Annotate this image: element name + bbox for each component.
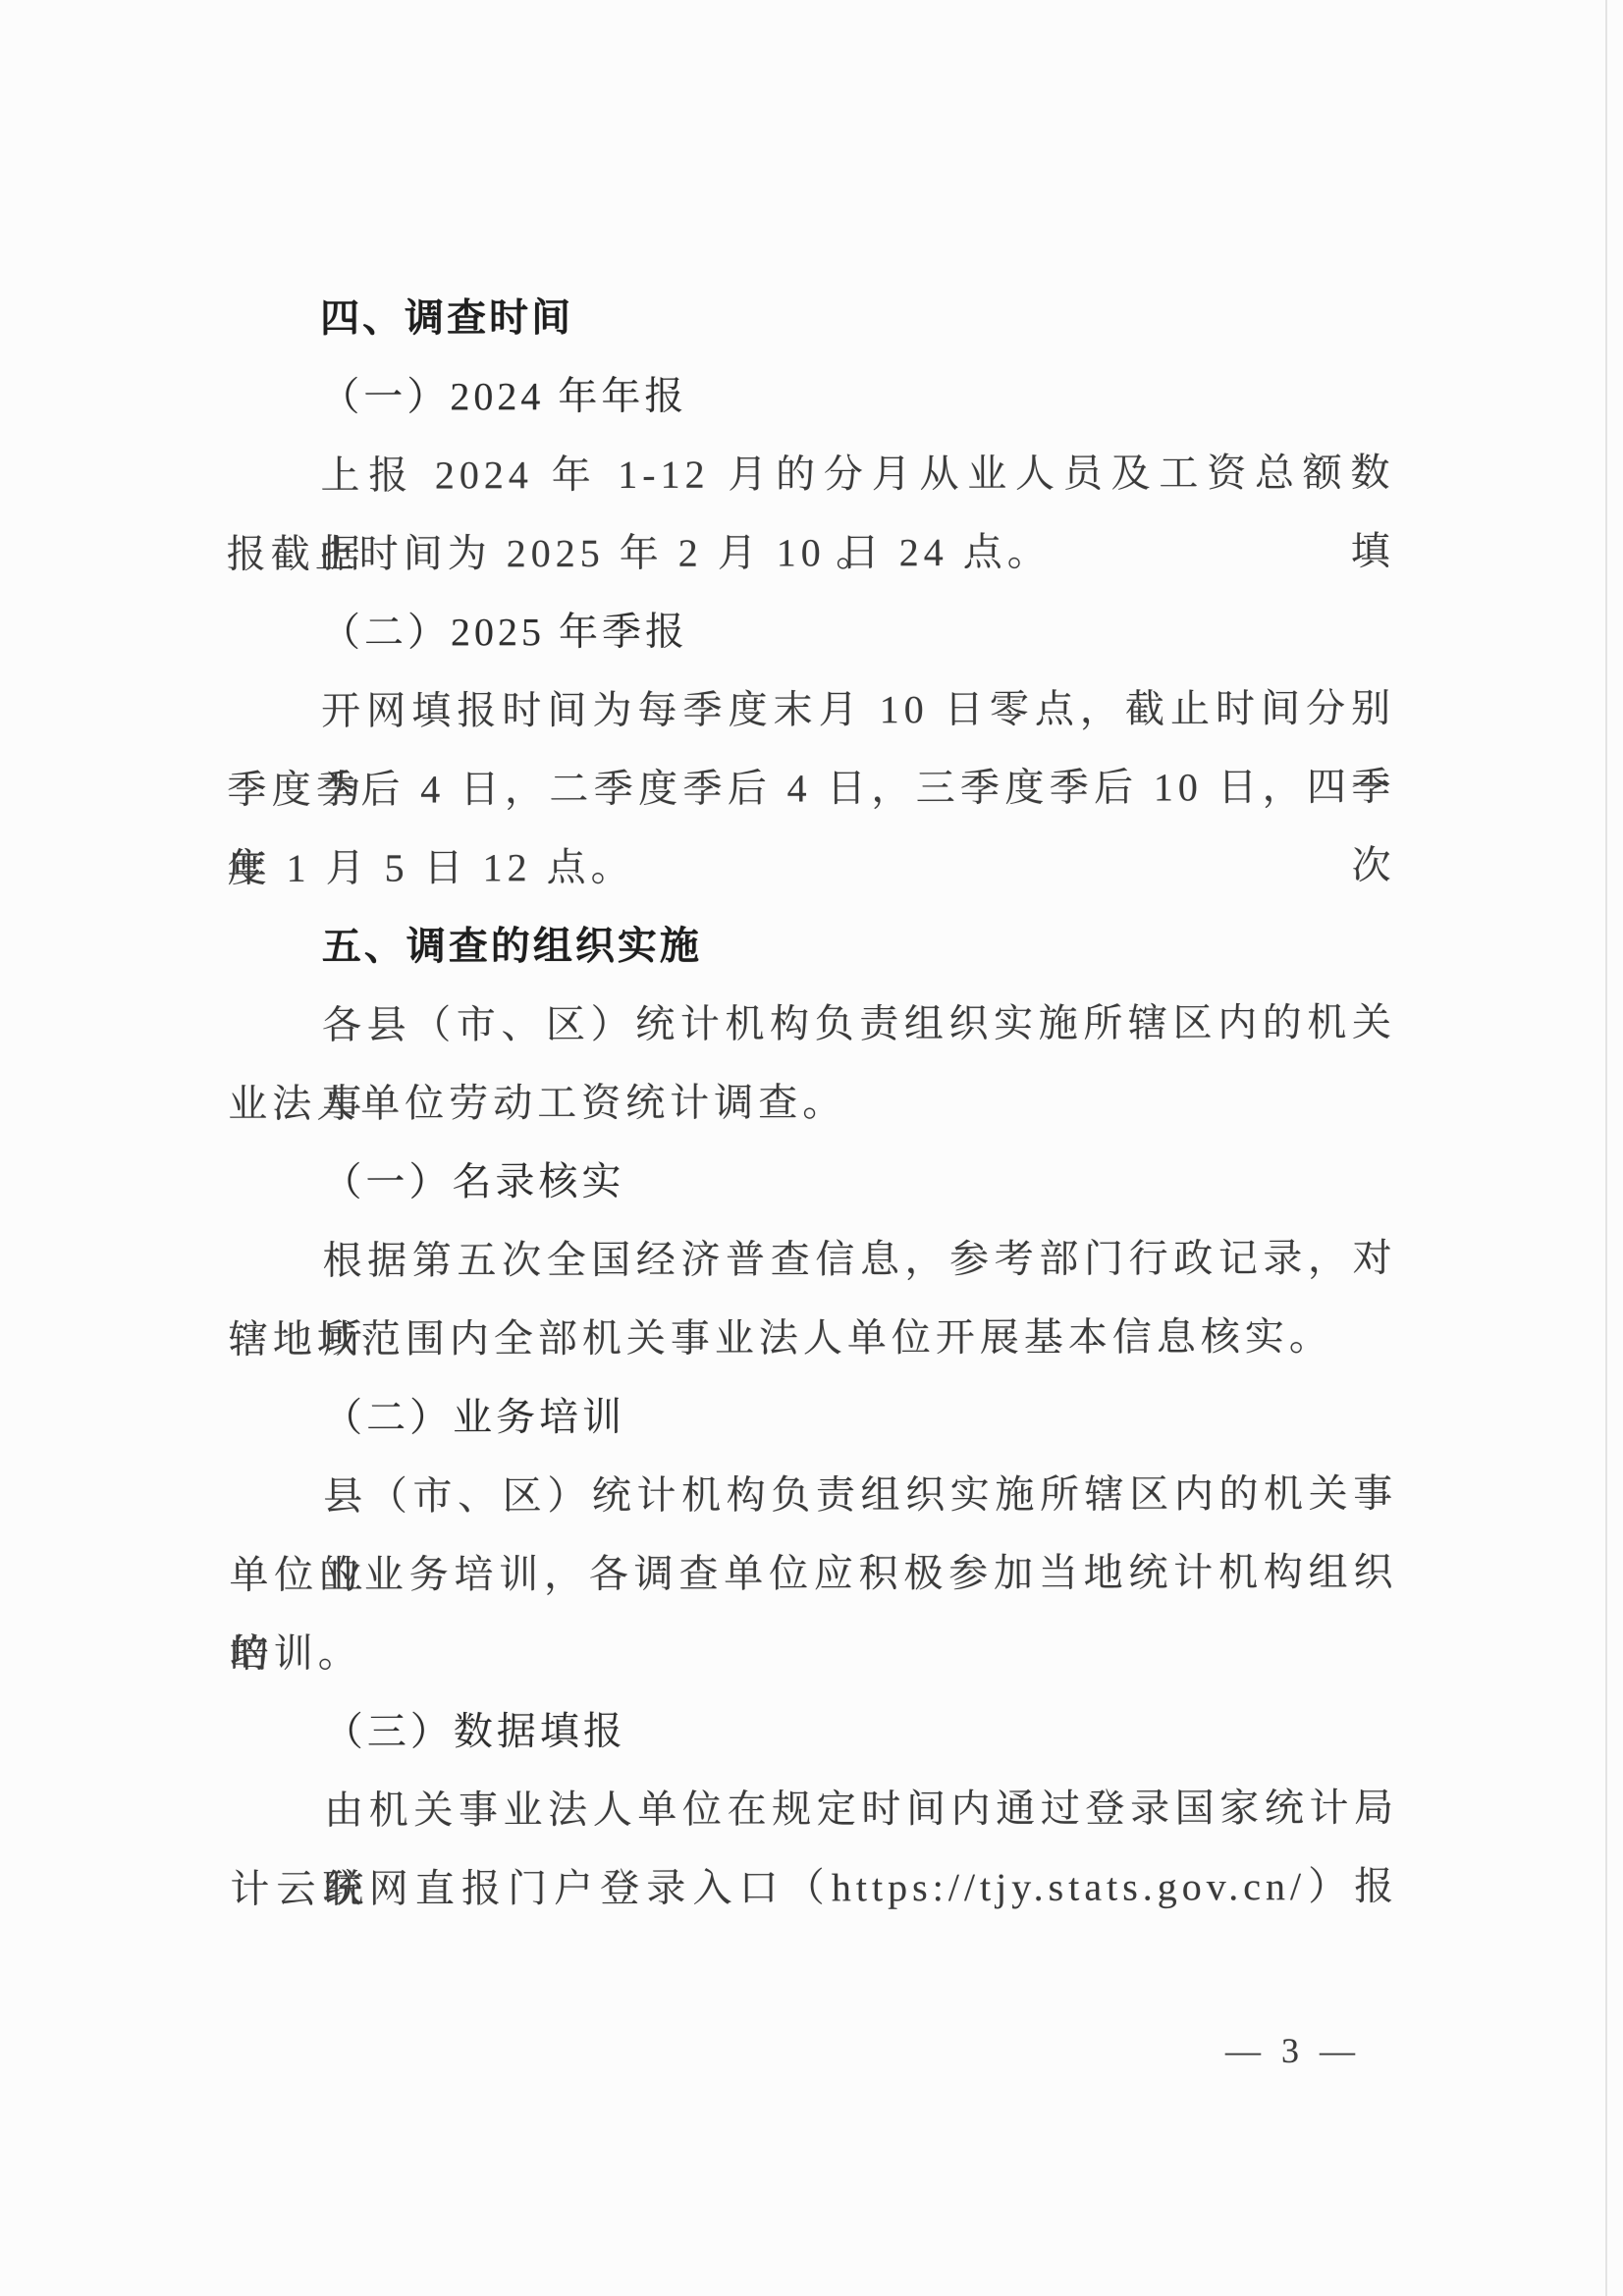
paragraph-line: 开网填报时间为每季度末月 10 日零点，截止时间分别为一	[227, 669, 1395, 751]
subheading-quarterly: （二）2025 年季报	[227, 591, 1395, 672]
paragraph-line: 上报 2024 年 1-12 月的分月从业人员及工资总额数据。填	[226, 434, 1394, 515]
page-number: — 3 —	[1225, 2030, 1361, 2071]
paragraph-line: 季度季后 4 日，二季度季后 4 日，三季度季后 10 日，四季度次	[227, 748, 1395, 829]
paragraph-line: 由机关事业法人单位在规定时间内通过登录国家统计局统	[230, 1769, 1398, 1850]
paragraph-line: 单位的业务培训，各调查单位应积极参加当地统计机构组织的	[229, 1533, 1397, 1615]
subheading-datafill: （三）数据填报	[230, 1690, 1398, 1772]
scanned-document-page: { "page": { "page_number": "— 3 —", "bac…	[0, 0, 1623, 2296]
subheading-directory: （一）名录核实	[228, 1141, 1396, 1222]
section-heading-5: 五、调查的组织实施	[228, 905, 1396, 987]
document-body: 四、调查时间 （一）2024 年年报 上报 2024 年 1-12 月的分月从业…	[226, 277, 1398, 1929]
paragraph-line-url: 计云联网直报门户登录入口（https://tjy.stats.gov.cn/）报	[230, 1847, 1398, 1929]
paragraph-line: 根据第五次全国经济普查信息，参考部门行政记录，对所	[229, 1219, 1397, 1301]
subheading-training: （二）业务培训	[229, 1376, 1397, 1458]
subheading-annual: （一）2024 年年报	[226, 355, 1394, 437]
paragraph-line: 培训。	[230, 1612, 1398, 1693]
paragraph-line: 县（市、区）统计机构负责组织实施所辖区内的机关事业	[229, 1455, 1397, 1536]
section-heading-4: 四、调查时间	[226, 277, 1394, 358]
scan-edge-line	[1605, 0, 1607, 2296]
paragraph-line: 业法人单位劳动工资统计调查。	[228, 1062, 1396, 1144]
paragraph-line: 辖地域范围内全部机关事业法人单位开展基本信息核实。	[229, 1298, 1397, 1379]
paragraph-line: 各县（市、区）统计机构负责组织实施所辖区内的机关事	[228, 984, 1396, 1065]
